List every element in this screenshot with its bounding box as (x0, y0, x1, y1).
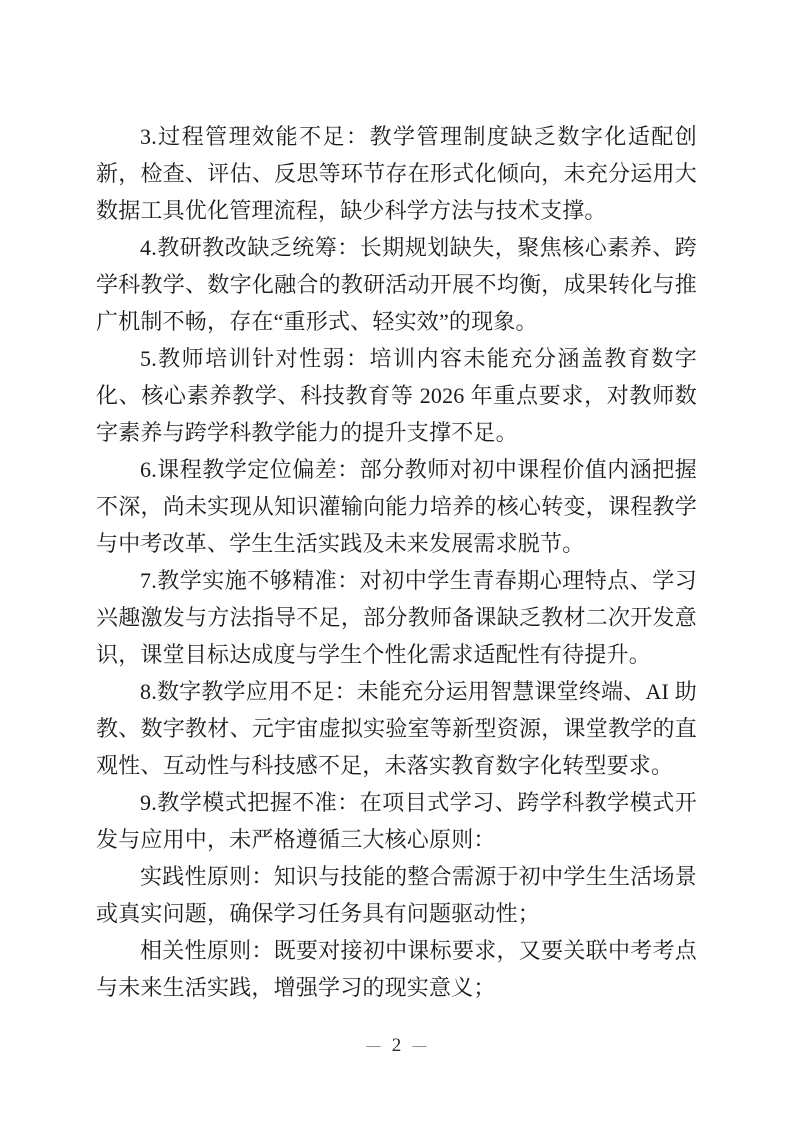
paragraph-item-5: 5.教师培训针对性弱：培训内容未能充分涵盖教育数字化、核心素养教学、科技教育等 … (96, 340, 697, 451)
paragraph-principle-practice: 实践性原则：知识与技能的整合需源于初中学生生活场景或真实问题，确保学习任务具有问… (96, 858, 697, 932)
paragraph-item-3: 3.过程管理效能不足：教学管理制度缺乏数字化适配创新，检查、评估、反思等环节存在… (96, 118, 697, 229)
page-number: 2 (392, 1034, 402, 1058)
document-body: 3.过程管理效能不足：教学管理制度缺乏数字化适配创新，检查、评估、反思等环节存在… (96, 118, 697, 1006)
footer-dash-left: — (366, 1034, 380, 1058)
footer-dash-right: — (413, 1034, 427, 1058)
paragraph-principle-relevance: 相关性原则：既要对接初中课标要求，又要关联中考考点与未来生活实践，增强学习的现实… (96, 932, 697, 1006)
document-page: 3.过程管理效能不足：教学管理制度缺乏数字化适配创新，检查、评估、反思等环节存在… (0, 0, 793, 1122)
paragraph-item-6: 6.课程教学定位偏差：部分教师对初中课程价值内涵把握不深，尚未实现从知识灌输向能… (96, 451, 697, 562)
paragraph-item-9: 9.教学模式把握不准：在项目式学习、跨学科教学模式开发与应用中，未严格遵循三大核… (96, 784, 697, 858)
paragraph-item-4: 4.教研教改缺乏统筹：长期规划缺失，聚焦核心素养、跨学科教学、数字化融合的教研活… (96, 229, 697, 340)
page-footer: — 2 — (0, 1034, 793, 1058)
paragraph-item-8: 8.数字教学应用不足：未能充分运用智慧课堂终端、AI 助教、数字教材、元宇宙虚拟… (96, 673, 697, 784)
paragraph-item-7: 7.教学实施不够精准：对初中学生青春期心理特点、学习兴趣激发与方法指导不足，部分… (96, 562, 697, 673)
